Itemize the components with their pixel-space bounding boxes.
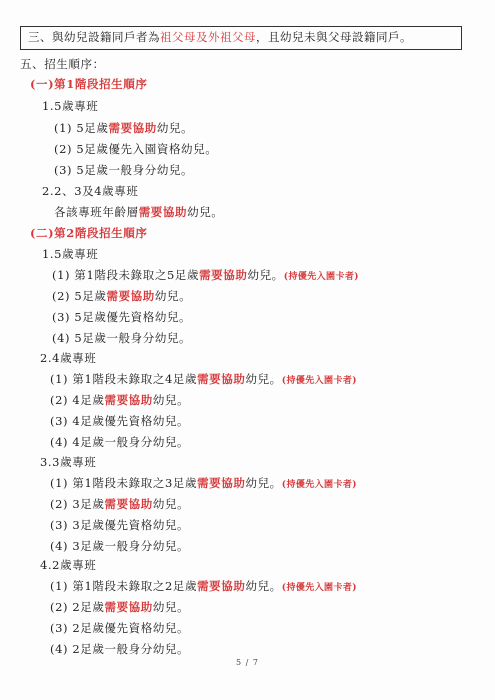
page-number: 5 / 7	[0, 658, 495, 667]
list-item: (2) 4足歲需要協助幼兒。	[50, 392, 189, 408]
list-item: (1) 5足歲需要協助幼兒。	[54, 120, 193, 136]
list-item: (3) 5足歲一般身分幼兒。	[54, 162, 193, 178]
stage1-title: (一)第1階段招生順序	[30, 76, 147, 92]
notice-highlight: 祖父母及外祖父母	[160, 30, 256, 44]
list-item: (3) 4足歲優先資格幼兒。	[50, 413, 189, 429]
list-item: (3) 3足歲優先資格幼兒。	[50, 517, 189, 533]
notice-prefix: 三、與幼兒設籍同戶者為	[28, 30, 160, 44]
list-item: (3) 2足歲優先資格幼兒。	[50, 620, 189, 636]
stage2-title: (二)第2階段招生順序	[30, 225, 147, 241]
stage2-class3-title: 3.3歲專班	[40, 454, 96, 470]
stage2-class5-title: 1.5歲專班	[42, 246, 98, 262]
list-item: (1) 第1階段未錄取之4足歲需要協助幼兒。(持優先入園卡者)	[50, 371, 357, 389]
section-title: 五、招生順序：	[20, 56, 105, 72]
stage1-class5-title: 1.5歲專班	[42, 98, 98, 114]
list-item: 各該專班年齡層需要協助幼兒。	[54, 204, 223, 220]
document-page: 三、與幼兒設籍同戶者為祖父母及外祖父母，且幼兒未與父母設籍同戶。 五、招生順序：…	[0, 0, 495, 700]
list-item: (3) 5足歲優先資格幼兒。	[52, 309, 191, 325]
list-item: (2) 5足歲優先入園資格幼兒。	[54, 141, 217, 157]
list-item: (4) 3足歲一般身分幼兒。	[50, 538, 189, 554]
notice-suffix: ，且幼兒未與父母設籍同戶。	[256, 30, 412, 44]
notice-box: 三、與幼兒設籍同戶者為祖父母及外祖父母，且幼兒未與父母設籍同戶。	[20, 26, 462, 50]
list-item: (4) 2足歲一般身分幼兒。	[50, 641, 189, 657]
list-item: (1) 第1階段未錄取之2足歲需要協助幼兒。(持優先入園卡者)	[50, 578, 357, 596]
list-item: (2) 2足歲需要協助幼兒。	[50, 599, 189, 615]
stage1-class234-title: 2.2、3及4歲專班	[42, 183, 138, 199]
list-item: (4) 5足歲一般身分幼兒。	[52, 330, 191, 346]
list-item: (2) 5足歲需要協助幼兒。	[52, 288, 191, 304]
list-item: (1) 第1階段未錄取之3足歲需要協助幼兒。(持優先入園卡者)	[50, 475, 357, 493]
list-item: (1) 第1階段未錄取之5足歲需要協助幼兒。(持優先入園卡者)	[52, 267, 359, 285]
stage2-class4-title: 2.4歲專班	[40, 350, 96, 366]
list-item: (2) 3足歲需要協助幼兒。	[50, 496, 189, 512]
list-item: (4) 4足歲一般身分幼兒。	[50, 434, 189, 450]
stage2-class2-title: 4.2歲專班	[40, 557, 96, 573]
